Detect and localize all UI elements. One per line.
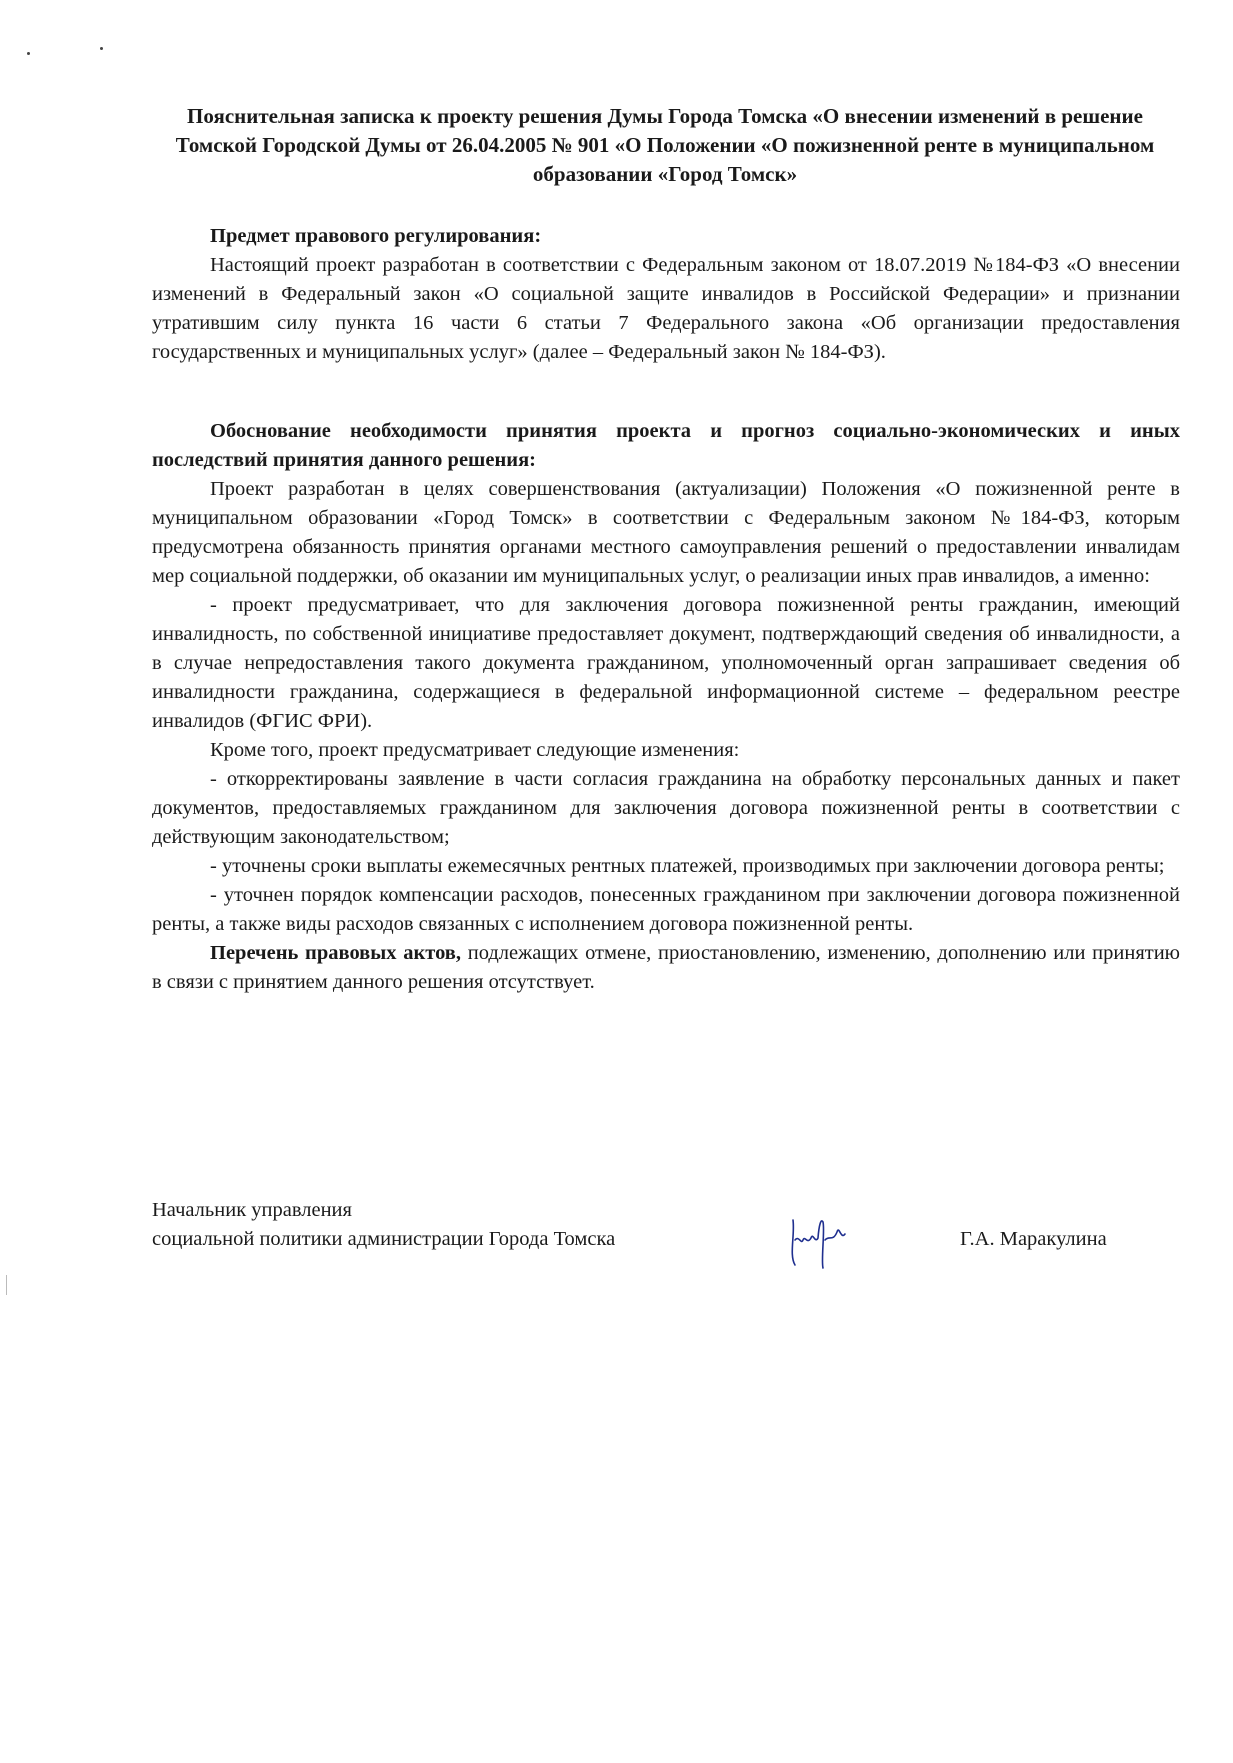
document-title: Пояснительная записка к проекту решения …	[150, 102, 1180, 189]
section-heading: Обоснование необходимости принятия проек…	[152, 417, 1180, 475]
section-justification: Обоснование необходимости принятия проек…	[152, 417, 1180, 997]
bold-lead: Перечень правовых актов,	[210, 942, 461, 964]
document-page: Пояснительная записка к проекту решения …	[0, 0, 1233, 1763]
paragraph: - уточнен порядок компенсации расходов, …	[152, 881, 1180, 939]
paragraph: - проект предусматривает, что для заключ…	[152, 591, 1180, 736]
paragraph: - уточнены сроки выплаты ежемесячных рен…	[152, 852, 1180, 881]
signatory-name: Г.А. Маракулина	[960, 1225, 1107, 1254]
paragraph-legal-acts: Перечень правовых актов, подлежащих отме…	[152, 939, 1180, 997]
paragraph: - откорректированы заявление в части сог…	[152, 765, 1180, 852]
scan-speck	[27, 52, 30, 55]
scan-margin-mark	[6, 1275, 7, 1295]
section-heading: Предмет правового регулирования:	[152, 222, 1180, 251]
position-line: Начальник управления	[152, 1196, 615, 1225]
handwritten-signature-icon	[785, 1210, 855, 1270]
position-line: социальной политики администрации Города…	[152, 1225, 615, 1254]
paragraph: Проект разработан в целях совершенствова…	[152, 475, 1180, 591]
signatory-position: Начальник управления социальной политики…	[152, 1196, 615, 1254]
paragraph: Кроме того, проект предусматривает следу…	[152, 736, 1180, 765]
section-text: Настоящий проект разработан в соответств…	[152, 251, 1180, 367]
section-subject: Предмет правового регулирования: Настоящ…	[152, 222, 1180, 367]
scan-speck	[100, 47, 103, 50]
